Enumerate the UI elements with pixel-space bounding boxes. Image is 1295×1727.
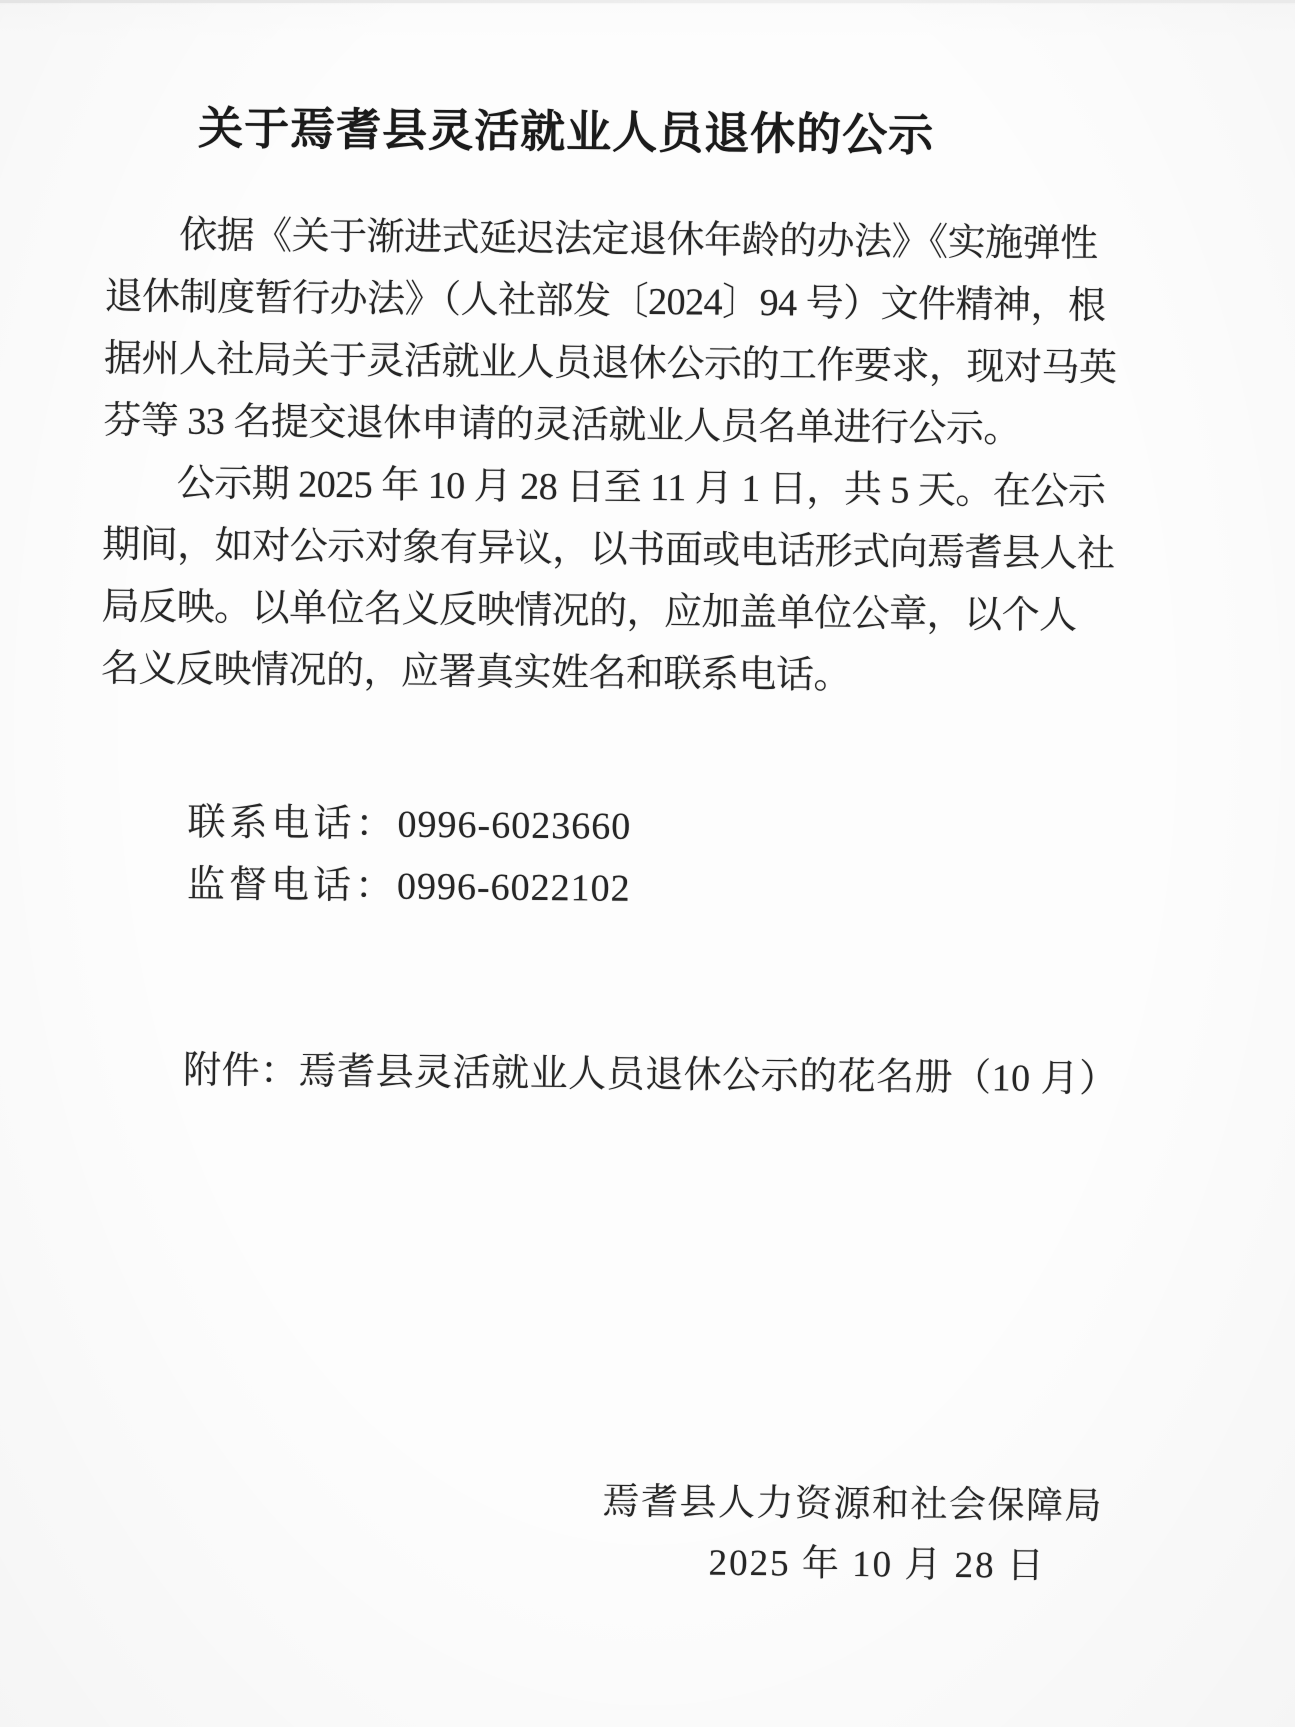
supervision-phone-number: 0996-6022102 — [397, 866, 631, 910]
para1-line1: 依据《关于渐进式延迟法定退休年龄的办法》《实施弹性 — [105, 204, 1101, 276]
para1-line4: 芬等 33 名提交退休申请的灵活就业人员名单进行公示。 — [103, 390, 1099, 462]
contact-phone-label: 联系电话： — [187, 802, 397, 846]
attachment-label: 附件： — [183, 1050, 299, 1093]
supervision-phone-row: 监督电话：0996-6022102 — [187, 854, 631, 920]
para2-line1: 公示期 2025 年 10 月 28 日至 11 月 1 日，共 5 天。在公示 — [103, 452, 1099, 524]
notice-title: 关于焉耆县灵活就业人员退休的公示 — [0, 89, 1162, 165]
para1-line2: 退休制度暂行办法》（人社部发〔2024〕94 号）文件精神，根 — [104, 266, 1100, 338]
signature-block: 焉耆县人力资源和社会保障局 2025 年 10 月 28 日 — [602, 1473, 1104, 1598]
para2-line2: 期间，如对公示对象有异议，以书面或电话形式向焉耆县人社 — [102, 514, 1098, 586]
para2-line3: 局反映。以单位名义反映情况的，应加盖单位公章，以个人 — [101, 576, 1097, 648]
supervision-phone-label: 监督电话： — [187, 864, 397, 908]
scanned-notice-page: 关于焉耆县灵活就业人员退休的公示 依据《关于渐进式延迟法定退休年龄的办法》《实施… — [0, 0, 1295, 1727]
para1-line3: 据州人社局关于灵活就业人员退休公示的工作要求，现对马英 — [104, 328, 1100, 400]
scan-content: 关于焉耆县灵活就业人员退休的公示 依据《关于渐进式延迟法定退休年龄的办法》《实施… — [0, 0, 1295, 1727]
contact-block: 联系电话：0996-6023660 监督电话：0996-6022102 — [187, 792, 632, 920]
contact-phone-number: 0996-6023660 — [397, 804, 631, 848]
issuer-name: 焉耆县人力资源和社会保障局 — [602, 1473, 1103, 1538]
para2-line4: 名义反映情况的，应署真实姓名和联系电话。 — [101, 638, 1097, 710]
contact-phone-row: 联系电话：0996-6023660 — [187, 792, 631, 858]
issue-date: 2025 年 10 月 28 日 — [627, 1533, 1128, 1598]
notice-body: 依据《关于渐进式延迟法定退休年龄的办法》《实施弹性 退休制度暂行办法》（人社部发… — [101, 204, 1101, 710]
attachment-row: 附件：焉耆县灵活就业人员退休公示的花名册（10 月） — [183, 1040, 1118, 1111]
attachment-text: 焉耆县灵活就业人员退休公示的花名册（10 月） — [298, 1051, 1117, 1101]
